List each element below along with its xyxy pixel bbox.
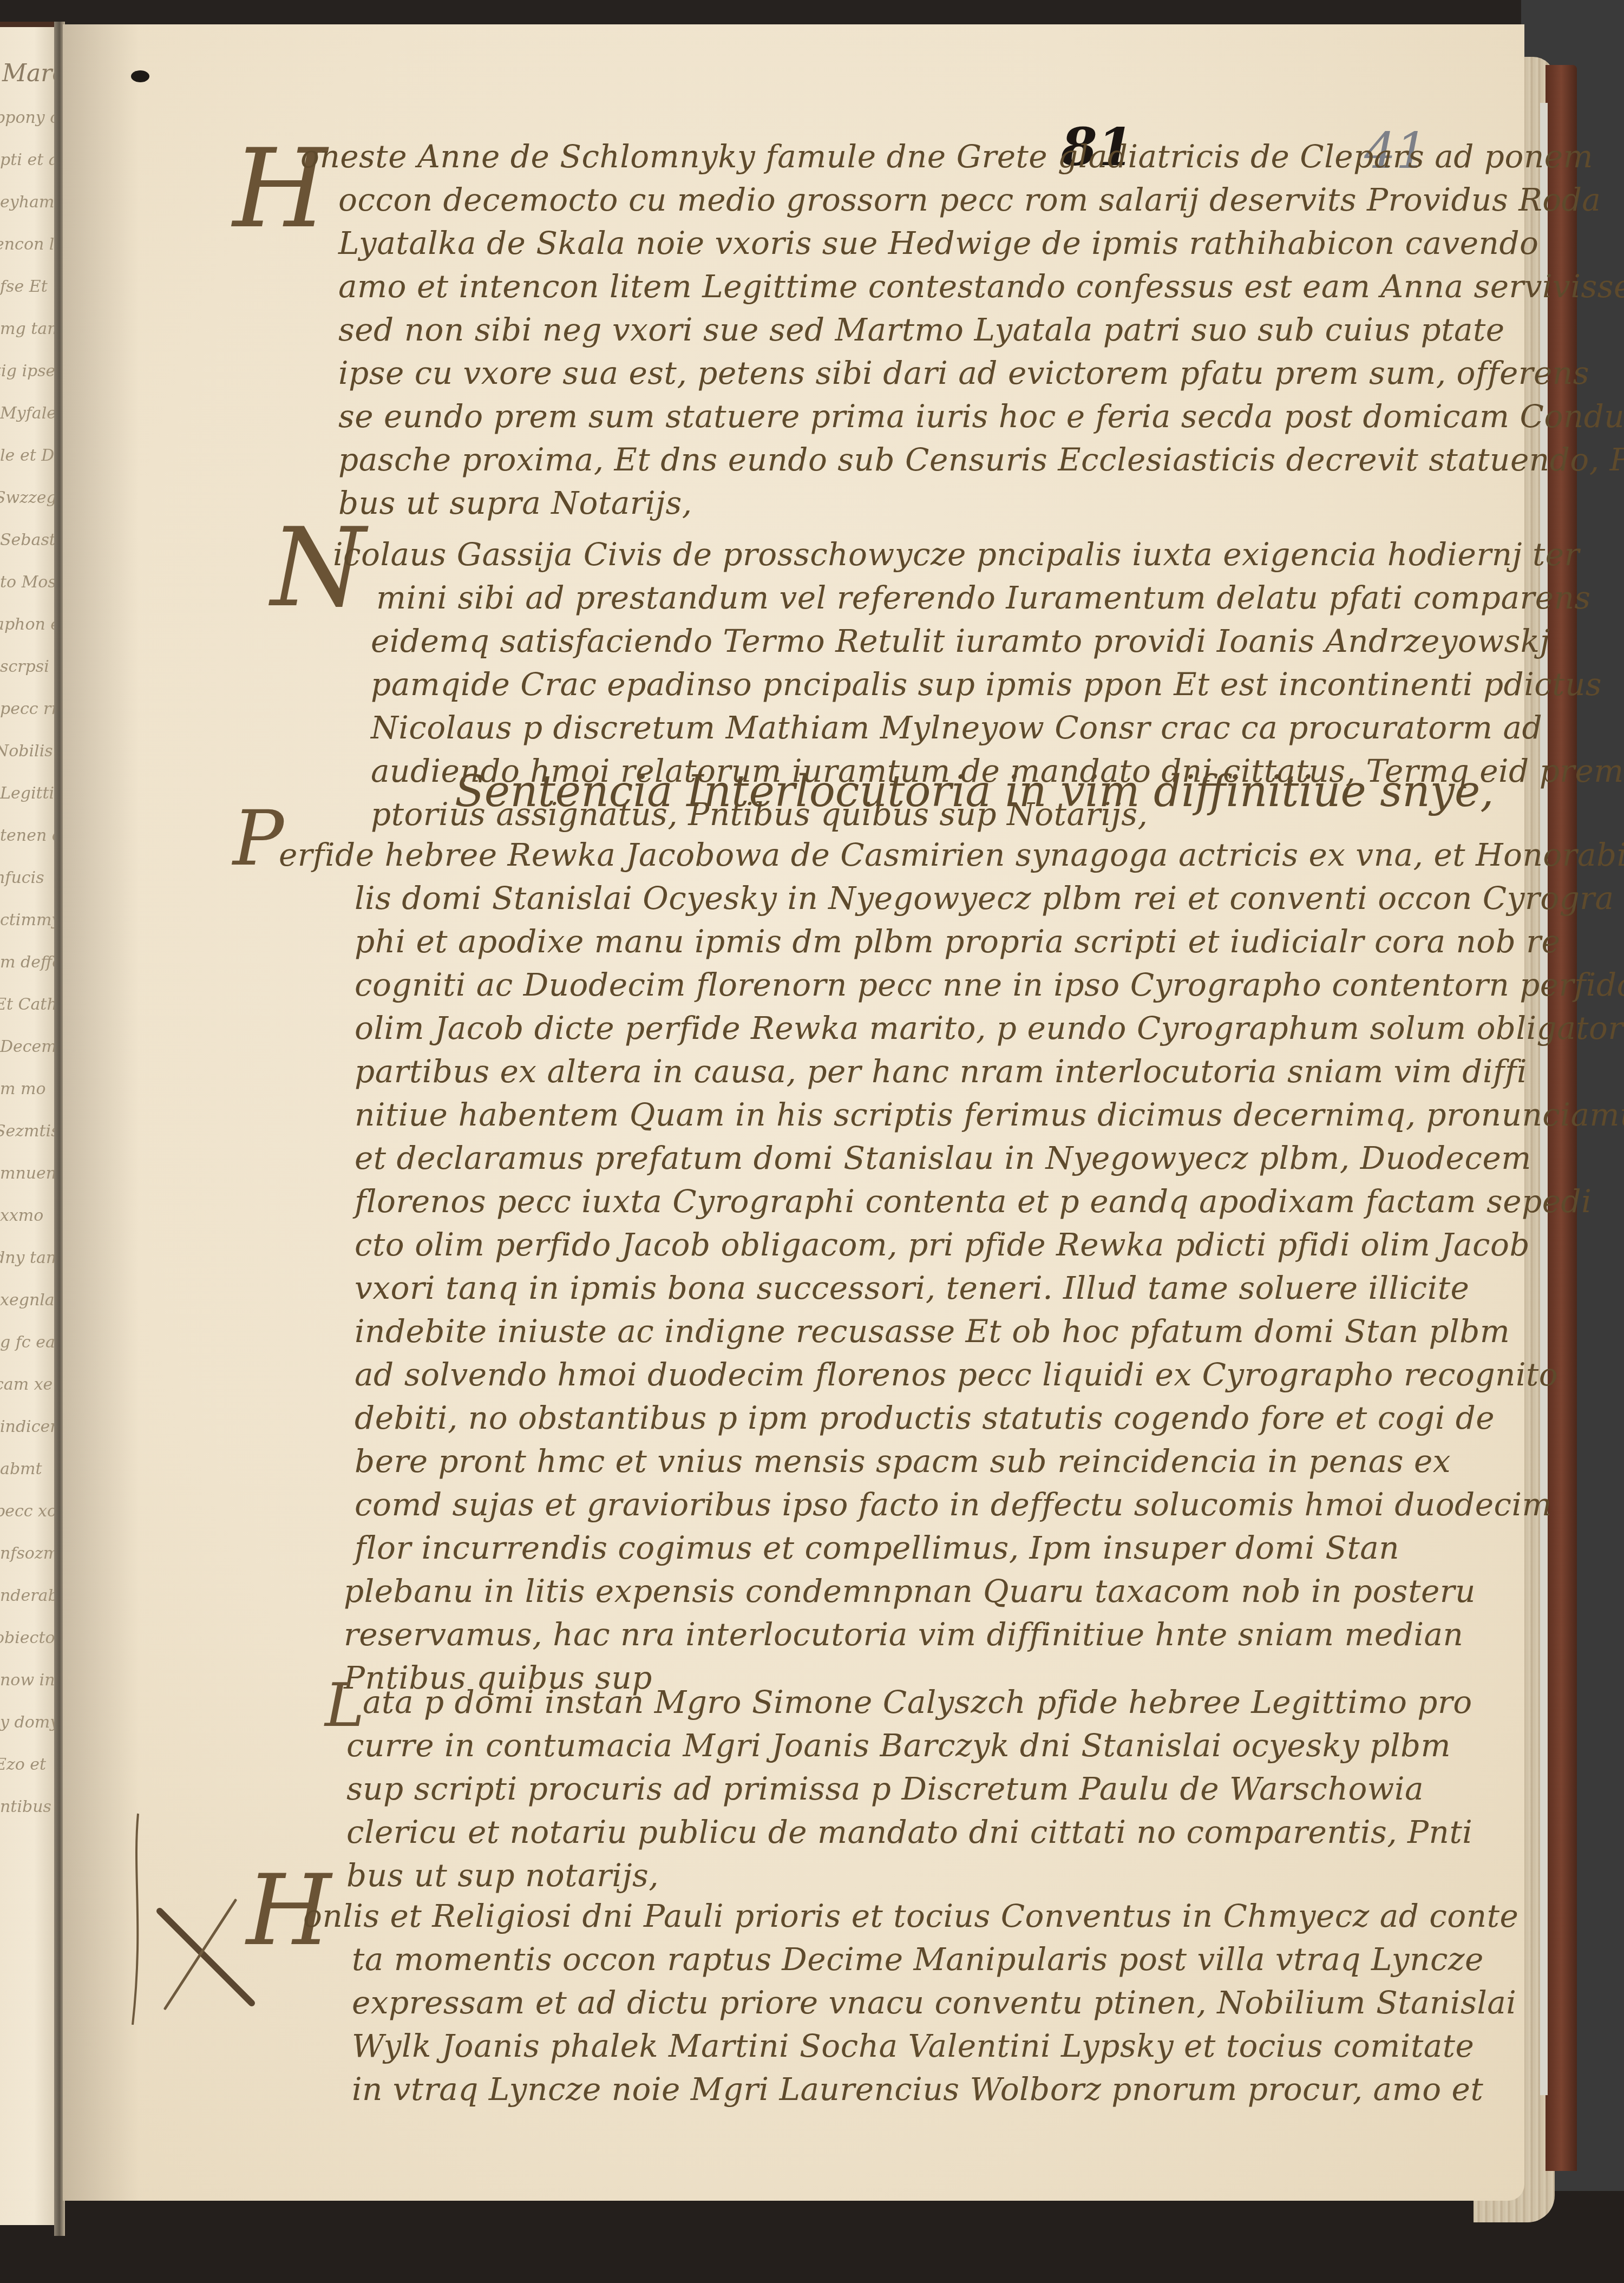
left-page-fragment: dny tam — [0, 1248, 57, 1267]
worm-hole — [131, 70, 149, 82]
text-line: florenos pecc iuxta Cyrographi contenta … — [355, 1183, 1592, 1220]
left-page-fragment: now in q — [0, 1671, 57, 1690]
left-page-fragment: pecc xon — [0, 1502, 57, 1521]
left-page-fragment: xxmo — [0, 1206, 43, 1225]
text-line: flor incurrendis cogimus et compellimus,… — [355, 1529, 1399, 1566]
text-line: mini sibi ad prestandum vel referendo Iu… — [376, 579, 1591, 616]
left-page-fragment: ctimmy — [0, 911, 57, 930]
text-line: Wylk Joanis phalek Martini Socha Valenti… — [352, 2027, 1474, 2064]
left-page-fragment: abmt — [0, 1460, 42, 1479]
left-page-fragment: Swzzega — [0, 488, 57, 507]
text-line: comd sujas et gravioribus ipso facto in … — [355, 1486, 1552, 1523]
left-page-fragment: tig ipse — [0, 362, 55, 381]
text-line: expressam et ad dictu priore vnacu conve… — [352, 1984, 1516, 2021]
text-line: lis domi Stanislai Ocyesky in Nyegowyecz… — [355, 880, 1614, 917]
text-line: ata p domi instan Mgro Simone Calyszch p… — [363, 1684, 1472, 1721]
left-page-fragment: Et Cathe — [0, 995, 57, 1014]
left-page-fragment: m deffe — [0, 953, 57, 972]
left-page-fragment: ppony occon — [0, 108, 57, 127]
left-page-fragment: nderab — [0, 1586, 57, 1605]
text-line: bus ut sup notarijs, — [346, 1857, 659, 1894]
text-line: occon decemocto cu medio grossorn pecc r… — [338, 181, 1601, 218]
left-page-fragment: ntibus ut — [0, 1797, 57, 1816]
marginal-cross-icon — [127, 1808, 268, 2025]
left-cover-edge — [0, 22, 57, 27]
text-line: eidemq satisfaciendo Termo Retulit iuram… — [371, 623, 1550, 659]
left-page-fragment: m mo — [0, 1080, 46, 1098]
scan-backdrop-bottom — [0, 2191, 1624, 2283]
text-line: ipse cu vxore sua est, petens sibi dari … — [338, 355, 1589, 391]
text-line: in vtraq Lyncze noie Mgri Laurencius Wol… — [352, 2071, 1483, 2108]
text-line: amo et intencon litem Legittime contesta… — [338, 268, 1624, 305]
left-page-fragment: scrpsi — [0, 657, 49, 676]
left-page-fragment: fse Et — [0, 277, 48, 296]
left-page-fragment: nfucis — [0, 868, 44, 887]
section-heading: Sentencia Interlocutoria in vim diffinit… — [455, 766, 1494, 816]
text-line: nitiue habentem Quam in his scriptis fer… — [355, 1096, 1624, 1133]
text-line: indebite iniuste ac indigne recusasse Et… — [355, 1313, 1510, 1350]
left-page-fragment: nfsozm — [0, 1544, 57, 1563]
text-line: reservamus, hac nra interlocutoria vim d… — [344, 1616, 1463, 1653]
left-page-fragment: g fc ead — [0, 1333, 57, 1352]
text-line: erfide hebree Rewka Jacobowa de Casmirie… — [279, 836, 1624, 873]
left-page-fragment: Myfale — [0, 404, 56, 423]
text-line: bere pront hmc et vnius mensis spacm sub… — [355, 1443, 1451, 1480]
text-line: olim Jacob dicte perfide Rewka marito, p… — [355, 1010, 1623, 1046]
left-page-fragment: Sezmtis — [0, 1122, 57, 1141]
text-line: curre in contumacia Mgri Joanis Barczyk … — [346, 1727, 1451, 1764]
left-page-fragment: Nobilis — [0, 742, 53, 761]
text-line: clericu et notariu publicu de mandato dn… — [346, 1814, 1472, 1850]
drop-initial-l: L — [325, 1676, 364, 1735]
text-line: oneste Anne de Schlomnyky famule dne Gre… — [300, 138, 1593, 175]
text-line: sed non sibi neg vxori sue sed Martmo Ly… — [338, 311, 1505, 348]
text-line: cto olim perfido Jacob obligacom, pri pf… — [355, 1226, 1530, 1263]
text-line: cogniti ac Duodecim florenorn pecc nne i… — [355, 966, 1624, 1003]
left-page-fragment: obiector — [0, 1628, 57, 1647]
left-page-fragment: pecc rm — [0, 699, 57, 718]
left-page-fragment: indicem — [0, 1417, 57, 1436]
text-line: ta momentis occon raptus Decime Manipula… — [352, 1941, 1484, 1978]
text-line: plebanu in litis expensis condemnpnan Qu… — [344, 1573, 1476, 1610]
left-page-fragment: cam xe — [0, 1375, 53, 1394]
text-line: ad solvendo hmoi duodecim florenos pecc … — [355, 1356, 1558, 1393]
left-page-fragment: tenen et — [0, 826, 57, 845]
text-line: debiti, no obstantibus p ipm productis s… — [355, 1399, 1495, 1436]
text-line: et declaramus prefatum domi Stanislau in… — [355, 1140, 1531, 1176]
text-line: Lyatalka de Skala noie vxoris sue Hedwig… — [338, 225, 1539, 261]
text-line: Nicolaus p discretum Mathiam Mylneyow Co… — [371, 709, 1542, 746]
text-line: phi et apodixe manu ipmis dm plbm propri… — [355, 923, 1560, 960]
left-page-fragment: aphon etc — [0, 615, 57, 634]
left-page-fragment: encon li — [0, 235, 57, 254]
text-line: sup scripti procuris ad primissa p Discr… — [346, 1770, 1424, 1807]
left-page-fragment: pti et apd — [0, 151, 57, 169]
left-page-fragment: Decem — [0, 1037, 57, 1056]
text-line: partibus ex altera in causa, per hanc nr… — [355, 1053, 1527, 1090]
left-page-fragment: mg tame — [0, 319, 57, 338]
text-line: onlis et Religiosi dni Pauli prioris et … — [303, 1898, 1518, 1934]
left-page-fragment: xegnla — [0, 1291, 55, 1310]
text-line: icolaus Gassija Civis de prosschowycze p… — [333, 536, 1580, 573]
left-page-fragment: Sebastia — [0, 531, 57, 550]
text-line: pasche proxima, Et dns eundo sub Censuri… — [338, 441, 1624, 478]
drop-initial-p: P — [233, 801, 284, 877]
left-page-fragment: le et Di — [0, 446, 57, 465]
facing-left-page: Marcy ppony occonpti et apdeyhamencon li… — [0, 22, 57, 2225]
left-page-fragment: y domy — [0, 1713, 57, 1732]
left-page-month-heading: Marcy — [2, 60, 57, 87]
left-page-fragment: to Mostij — [0, 573, 57, 592]
text-line: pamqide Crac epadinso pncipalis sup ipmi… — [371, 666, 1602, 703]
left-page-fragment: Ezo et — [0, 1755, 46, 1774]
left-page-fragment: mnuentu — [0, 1164, 57, 1183]
left-page-fragment: eyham — [0, 193, 54, 212]
text-line: se eundo prem sum statuere prima iuris h… — [338, 398, 1624, 435]
left-page-fragment: Legittime — [0, 784, 57, 803]
text-line: bus ut supra Notarijs, — [338, 485, 692, 521]
text-line: vxori tanq in ipmis bona successori, ten… — [355, 1270, 1469, 1306]
